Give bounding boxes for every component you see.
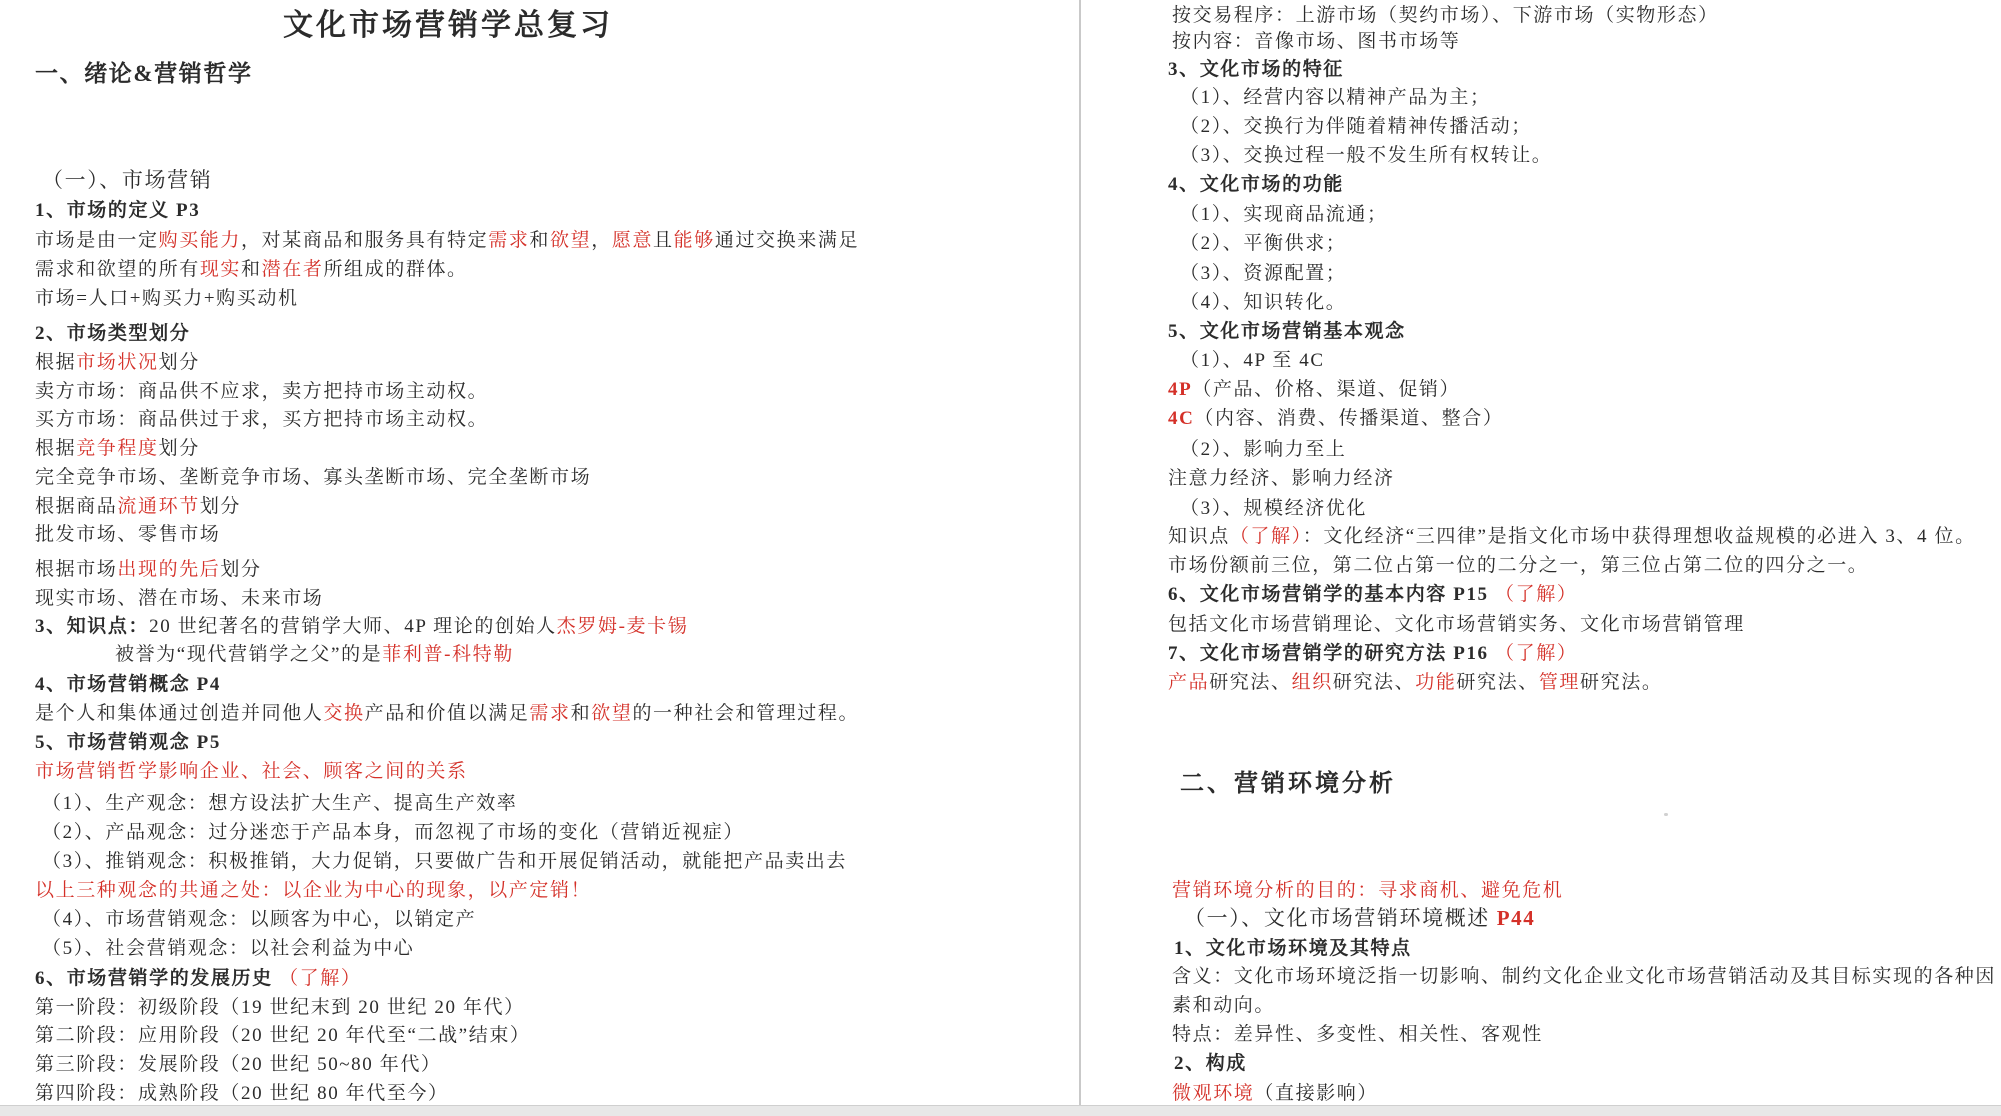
text: 特点：差异性、多变性、相关性、客观性 — [1172, 1024, 1543, 1045]
document-title: 文化市场营销学总复习 — [283, 8, 613, 45]
highlighted-text: 竞争程度 — [76, 438, 158, 459]
text: （2）、影响力至上 — [1180, 439, 1346, 460]
text: 第二阶段：应用阶段（20 世纪 20 年代至“二战”结束） — [35, 1025, 531, 1046]
text: 文化市场营销学总复习 — [283, 9, 613, 42]
text-line: 1、文化市场环境及其特点 — [1174, 937, 1412, 960]
highlighted-text: （了解） — [1495, 584, 1577, 605]
text-line: 6、市场营销学的发展历史 （了解） — [35, 967, 361, 990]
text: 产品和价值以满足 — [365, 703, 530, 724]
highlighted-text: 愿意 — [612, 230, 653, 251]
highlighted-text: 产品 — [1168, 672, 1209, 693]
text: （4）、知识转化。 — [1180, 292, 1346, 313]
text: 按内容：音像市场、图书市场等 — [1172, 31, 1460, 52]
text: （3）、推销观念：积极推销，大力促销，只要做广告和开展促销活动，就能把产品卖出去 — [42, 851, 847, 872]
text-line: 需求和欲望的所有现实和潜在者所组成的群体。 — [35, 258, 468, 281]
text: 是个人和集体通过创造并同他人 — [35, 703, 323, 724]
text: （产品、价格、渠道、促销） — [1192, 379, 1460, 400]
text-line: 特点：差异性、多变性、相关性、客观性 — [1172, 1023, 1543, 1046]
text-line: 以上三种观念的共通之处：以企业为中心的现象，以产定销！ — [35, 879, 591, 902]
text-line: （5）、社会营销观念：以社会利益为中心 — [42, 937, 414, 960]
text-line: 微观环境（直接影响） — [1172, 1082, 1378, 1105]
text-line: 按内容：音像市场、图书市场等 — [1172, 30, 1460, 53]
text: 20 世纪著名的营销学大师、4P 理论的创始人 — [149, 616, 557, 637]
text: 6、市场营销学的发展历史 — [35, 968, 279, 989]
text: （直接影响） — [1254, 1083, 1378, 1104]
text: 第三阶段：发展阶段（20 世纪 50~80 年代） — [35, 1054, 442, 1075]
text: （1）、生产观念：想方设法扩大生产、提高生产效率 — [42, 793, 517, 814]
text-line: 市场份额前三位，第二位占第一位的二分之一，第三位占第二位的四分之一。 — [1168, 554, 1868, 577]
text-line: 2、市场类型划分 — [35, 322, 190, 345]
text: 2、构成 — [1174, 1053, 1247, 1074]
highlighted-text: （了解） — [1230, 526, 1303, 547]
text-line: 买方市场：商品供过于求，买方把持市场主动权。 — [35, 408, 488, 431]
text: （2）、平衡供求； — [1180, 233, 1346, 254]
text-line: （2）、交换行为伴随着精神传播活动； — [1180, 115, 1532, 138]
text: 按交易程序：上游市场（契约市场）、下游市场（实物形态） — [1172, 5, 1719, 26]
text: 知识点 — [1168, 526, 1230, 547]
text-line: 市场是由一定购买能力，对某商品和服务具有特定需求和欲望，愿意且能够通过交换来满足 — [35, 229, 859, 252]
text: 买方市场：商品供过于求，买方把持市场主动权。 — [35, 409, 488, 430]
text: 7、文化市场营销学的研究方法 P16 — [1168, 643, 1495, 664]
text: 4、文化市场的功能 — [1168, 174, 1344, 195]
text-line: 批发市场、零售市场 — [35, 523, 220, 546]
text-line: （2）、影响力至上 — [1180, 438, 1346, 461]
section-heading: 一、绪论&营销哲学 — [35, 60, 253, 88]
text-line: 根据市场出现的先后划分 — [35, 558, 262, 581]
text: （4）、市场营销观念：以顾客为中心，以销定产 — [42, 909, 476, 930]
highlighted-text: 以上三种观念的共通之处：以企业为中心的现象，以产定销！ — [35, 880, 591, 901]
text-line: 营销环境分析的目的：寻求商机、避免危机 — [1172, 879, 1563, 902]
highlighted-text: （了解） — [279, 968, 361, 989]
highlighted-text: 欲望 — [550, 230, 591, 251]
text-line: 3、文化市场的特征 — [1168, 58, 1344, 81]
highlighted-text: 能够 — [674, 230, 715, 251]
text-line: 6、文化市场营销学的基本内容 P15 （了解） — [1168, 583, 1577, 606]
text: 卖方市场：商品供不应求，卖方把持市场主动权。 — [35, 381, 488, 402]
text: 一、绪论&营销哲学 — [35, 61, 253, 86]
highlighted-text: 管理 — [1539, 672, 1580, 693]
text-line: 5、文化市场营销基本观念 — [1168, 320, 1406, 343]
text: 市场=人口+购买力+购买动机 — [35, 288, 299, 309]
text: 根据市场 — [35, 559, 117, 580]
text-line: 5、市场营销观念 P5 — [35, 731, 221, 754]
highlighted-text: 现实 — [200, 259, 241, 280]
sub-heading: （一）、文化市场营销环境概述 P44 — [1184, 906, 1535, 932]
text: 6、文化市场营销学的基本内容 P15 — [1168, 584, 1495, 605]
text-line: 4C（内容、消费、传播渠道、整合） — [1168, 407, 1503, 430]
highlighted-text: 微观环境 — [1172, 1083, 1254, 1104]
text-line: （1）、经营内容以精神产品为主； — [1180, 86, 1491, 109]
text: ，对某商品和服务具有特定 — [241, 230, 488, 251]
text-line: 第二阶段：应用阶段（20 世纪 20 年代至“二战”结束） — [35, 1024, 531, 1047]
text-line: 市场=人口+购买力+购买动机 — [35, 287, 299, 310]
highlighted-text: 欲望 — [591, 703, 632, 724]
text-line: 按交易程序：上游市场（契约市场）、下游市场（实物形态） — [1172, 4, 1719, 27]
text: 被誉为“现代营销学之父”的是 — [115, 644, 382, 665]
text-line: （2）、产品观念：过分迷恋于产品本身，而忽视了市场的变化（营销近视症） — [42, 821, 744, 844]
text-line: 4、文化市场的功能 — [1168, 173, 1344, 196]
text: 1、文化市场环境及其特点 — [1174, 938, 1412, 959]
text-line: （2）、平衡供求； — [1180, 232, 1346, 255]
text-line: 素和动向。 — [1172, 994, 1275, 1017]
text-line: 被誉为“现代营销学之父”的是菲利普-科特勒 — [115, 643, 514, 666]
highlighted-text: （了解） — [1495, 643, 1577, 664]
text: 二、营销环境分析 — [1180, 771, 1396, 797]
text-line: 卖方市场：商品供不应求，卖方把持市场主动权。 — [35, 380, 488, 403]
text: 现实市场、潜在市场、未来市场 — [35, 588, 323, 609]
text: （3）、交换过程一般不发生所有权转让。 — [1180, 145, 1552, 166]
text-line: （4）、知识转化。 — [1180, 291, 1346, 314]
text: 和 — [241, 259, 262, 280]
text: 划分 — [159, 352, 200, 373]
text-line: 现实市场、潜在市场、未来市场 — [35, 587, 323, 610]
text: （一）、文化市场营销环境概述 — [1184, 906, 1497, 930]
text-line: 含义：文化市场环境泛指一切影响、制约文化企业文化市场营销活动及其目标实现的各种因 — [1172, 965, 1996, 988]
text-line: （1）、4P 至 4C — [1180, 349, 1325, 372]
text: 第一阶段：初级阶段（19 世纪末到 20 世纪 20 年代） — [35, 997, 525, 1018]
highlighted-text: 购买能力 — [159, 230, 241, 251]
text: 根据商品 — [35, 496, 117, 517]
highlighted-text: 需求 — [529, 703, 570, 724]
text: （3）、规模经济优化 — [1180, 498, 1367, 519]
text: 3、知识点： — [35, 616, 149, 637]
text-line: 4P（产品、价格、渠道、促销） — [1168, 378, 1460, 401]
highlighted-text: 4P — [1168, 379, 1192, 400]
text: ：文化经济“三四律”是指文化市场中获得理想收益规模的必进入 3、4 位。 — [1303, 526, 1976, 547]
text-line: 第三阶段：发展阶段（20 世纪 50~80 年代） — [35, 1053, 442, 1076]
text-line: （1）、生产观念：想方设法扩大生产、提高生产效率 — [42, 792, 517, 815]
text-line: 包括文化市场营销理论、文化市场营销实务、文化市场营销管理 — [1168, 613, 1745, 636]
text: 且 — [653, 230, 674, 251]
text-line: （3）、规模经济优化 — [1180, 497, 1367, 520]
text: 根据 — [35, 438, 76, 459]
text: （内容、消费、传播渠道、整合） — [1194, 408, 1503, 429]
text: 1、市场的定义 P3 — [35, 200, 200, 221]
text-line: 根据商品流通环节划分 — [35, 495, 241, 518]
text-line: 7、文化市场营销学的研究方法 P16 （了解） — [1168, 642, 1577, 665]
text: 划分 — [200, 496, 241, 517]
highlighted-text: 组织 — [1292, 672, 1333, 693]
text: 5、文化市场营销基本观念 — [1168, 321, 1406, 342]
text: 研究法。 — [1580, 672, 1662, 693]
text-line: 产品研究法、组织研究法、功能研究法、管理研究法。 — [1168, 671, 1662, 694]
text-line: 知识点（了解）：文化经济“三四律”是指文化市场中获得理想收益规模的必进入 3、4… — [1168, 525, 1976, 548]
text: 研究法、 — [1333, 672, 1415, 693]
text: 研究法、 — [1456, 672, 1538, 693]
text: 批发市场、零售市场 — [35, 524, 220, 545]
text-line: （1）、实现商品流通； — [1180, 203, 1388, 226]
highlighted-text: 出现的先后 — [117, 559, 220, 580]
highlighted-text: 市场状况 — [76, 352, 158, 373]
highlighted-text: 潜在者 — [262, 259, 324, 280]
text: （一）、市场营销 — [42, 168, 212, 192]
text: （3）、资源配置； — [1180, 263, 1346, 284]
text: （1）、经营内容以精神产品为主； — [1180, 87, 1491, 108]
text-line: （3）、资源配置； — [1180, 262, 1346, 285]
page-divider — [1079, 0, 1081, 1116]
highlighted-text: 菲利普-科特勒 — [382, 644, 514, 665]
text: （2）、交换行为伴随着精神传播活动； — [1180, 116, 1532, 137]
text: 划分 — [159, 438, 200, 459]
text: 包括文化市场营销理论、文化市场营销实务、文化市场营销管理 — [1168, 614, 1745, 635]
highlighted-text: 4C — [1168, 408, 1194, 429]
text-line: （4）、市场营销观念：以顾客为中心，以销定产 — [42, 908, 476, 931]
text-line: 市场营销哲学影响企业、社会、顾客之间的关系 — [35, 760, 468, 783]
section-heading: 二、营销环境分析 — [1180, 770, 1396, 799]
text: 5、市场营销观念 P5 — [35, 732, 221, 753]
text: （2）、产品观念：过分迷恋于产品本身，而忽视了市场的变化（营销近视症） — [42, 822, 744, 843]
text: 完全竞争市场、垄断竞争市场、寡头垄断市场、完全垄断市场 — [35, 467, 591, 488]
page-bottom-edge — [0, 1105, 2001, 1116]
text: 第四阶段：成熟阶段（20 世纪 80 年代至今） — [35, 1083, 449, 1104]
highlighted-text: 杰罗姆-麦卡锡 — [557, 616, 689, 637]
highlighted-text: 流通环节 — [117, 496, 199, 517]
text: 注意力经济、影响力经济 — [1168, 468, 1395, 489]
text-line: 1、市场的定义 P3 — [35, 199, 200, 222]
text: 和 — [571, 703, 592, 724]
text-line: 根据市场状况划分 — [35, 351, 200, 374]
text: 2、市场类型划分 — [35, 323, 190, 344]
text: 的一种社会和管理过程。 — [632, 703, 859, 724]
text-line: 2、构成 — [1174, 1052, 1247, 1075]
text: 3、文化市场的特征 — [1168, 59, 1344, 80]
highlighted-text: 功能 — [1415, 672, 1456, 693]
text-line: 3、知识点：20 世纪著名的营销学大师、4P 理论的创始人杰罗姆-麦卡锡 — [35, 615, 688, 638]
text: 市场是由一定 — [35, 230, 159, 251]
text: （1）、实现商品流通； — [1180, 204, 1388, 225]
text: （5）、社会营销观念：以社会利益为中心 — [42, 938, 414, 959]
text-line: 注意力经济、影响力经济 — [1168, 467, 1395, 490]
sub-heading: （一）、市场营销 — [42, 168, 212, 194]
document-canvas: 文化市场营销学总复习一、绪论&营销哲学（一）、市场营销1、市场的定义 P3市场是… — [0, 0, 2001, 1116]
text-line: 是个人和集体通过创造并同他人交换产品和价值以满足需求和欲望的一种社会和管理过程。 — [35, 702, 859, 725]
text: ， — [591, 230, 612, 251]
highlighted-text: 市场营销哲学影响企业、社会、顾客之间的关系 — [35, 761, 468, 782]
text: 所组成的群体。 — [323, 259, 467, 280]
text-line: 根据竞争程度划分 — [35, 437, 200, 460]
highlighted-text: 营销环境分析的目的：寻求商机、避免危机 — [1172, 880, 1563, 901]
text-line: 4、市场营销概念 P4 — [35, 673, 221, 696]
highlighted-text: 需求 — [488, 230, 529, 251]
text: 市场份额前三位，第二位占第一位的二分之一，第三位占第二位的四分之一。 — [1168, 555, 1868, 576]
text: 4、市场营销概念 P4 — [35, 674, 221, 695]
text: （1）、4P 至 4C — [1180, 350, 1325, 371]
text: 通过交换来满足 — [715, 230, 859, 251]
highlighted-text: P44 — [1497, 906, 1536, 930]
text: 和 — [529, 230, 550, 251]
text-line: （3）、推销观念：积极推销，大力促销，只要做广告和开展促销活动，就能把产品卖出去 — [42, 850, 847, 873]
text: 研究法、 — [1209, 672, 1291, 693]
text-line: 第一阶段：初级阶段（19 世纪末到 20 世纪 20 年代） — [35, 996, 525, 1019]
text-line: 第四阶段：成熟阶段（20 世纪 80 年代至今） — [35, 1082, 449, 1105]
text-line: （3）、交换过程一般不发生所有权转让。 — [1180, 144, 1552, 167]
text: 划分 — [220, 559, 261, 580]
highlighted-text: 交换 — [323, 703, 364, 724]
text: 需求和欲望的所有 — [35, 259, 200, 280]
text-line: 完全竞争市场、垄断竞争市场、寡头垄断市场、完全垄断市场 — [35, 466, 591, 489]
text: 素和动向。 — [1172, 995, 1275, 1016]
text: 根据 — [35, 352, 76, 373]
text: 含义：文化市场环境泛指一切影响、制约文化企业文化市场营销活动及其目标实现的各种因 — [1172, 966, 1996, 987]
scan-speck — [1664, 813, 1668, 816]
